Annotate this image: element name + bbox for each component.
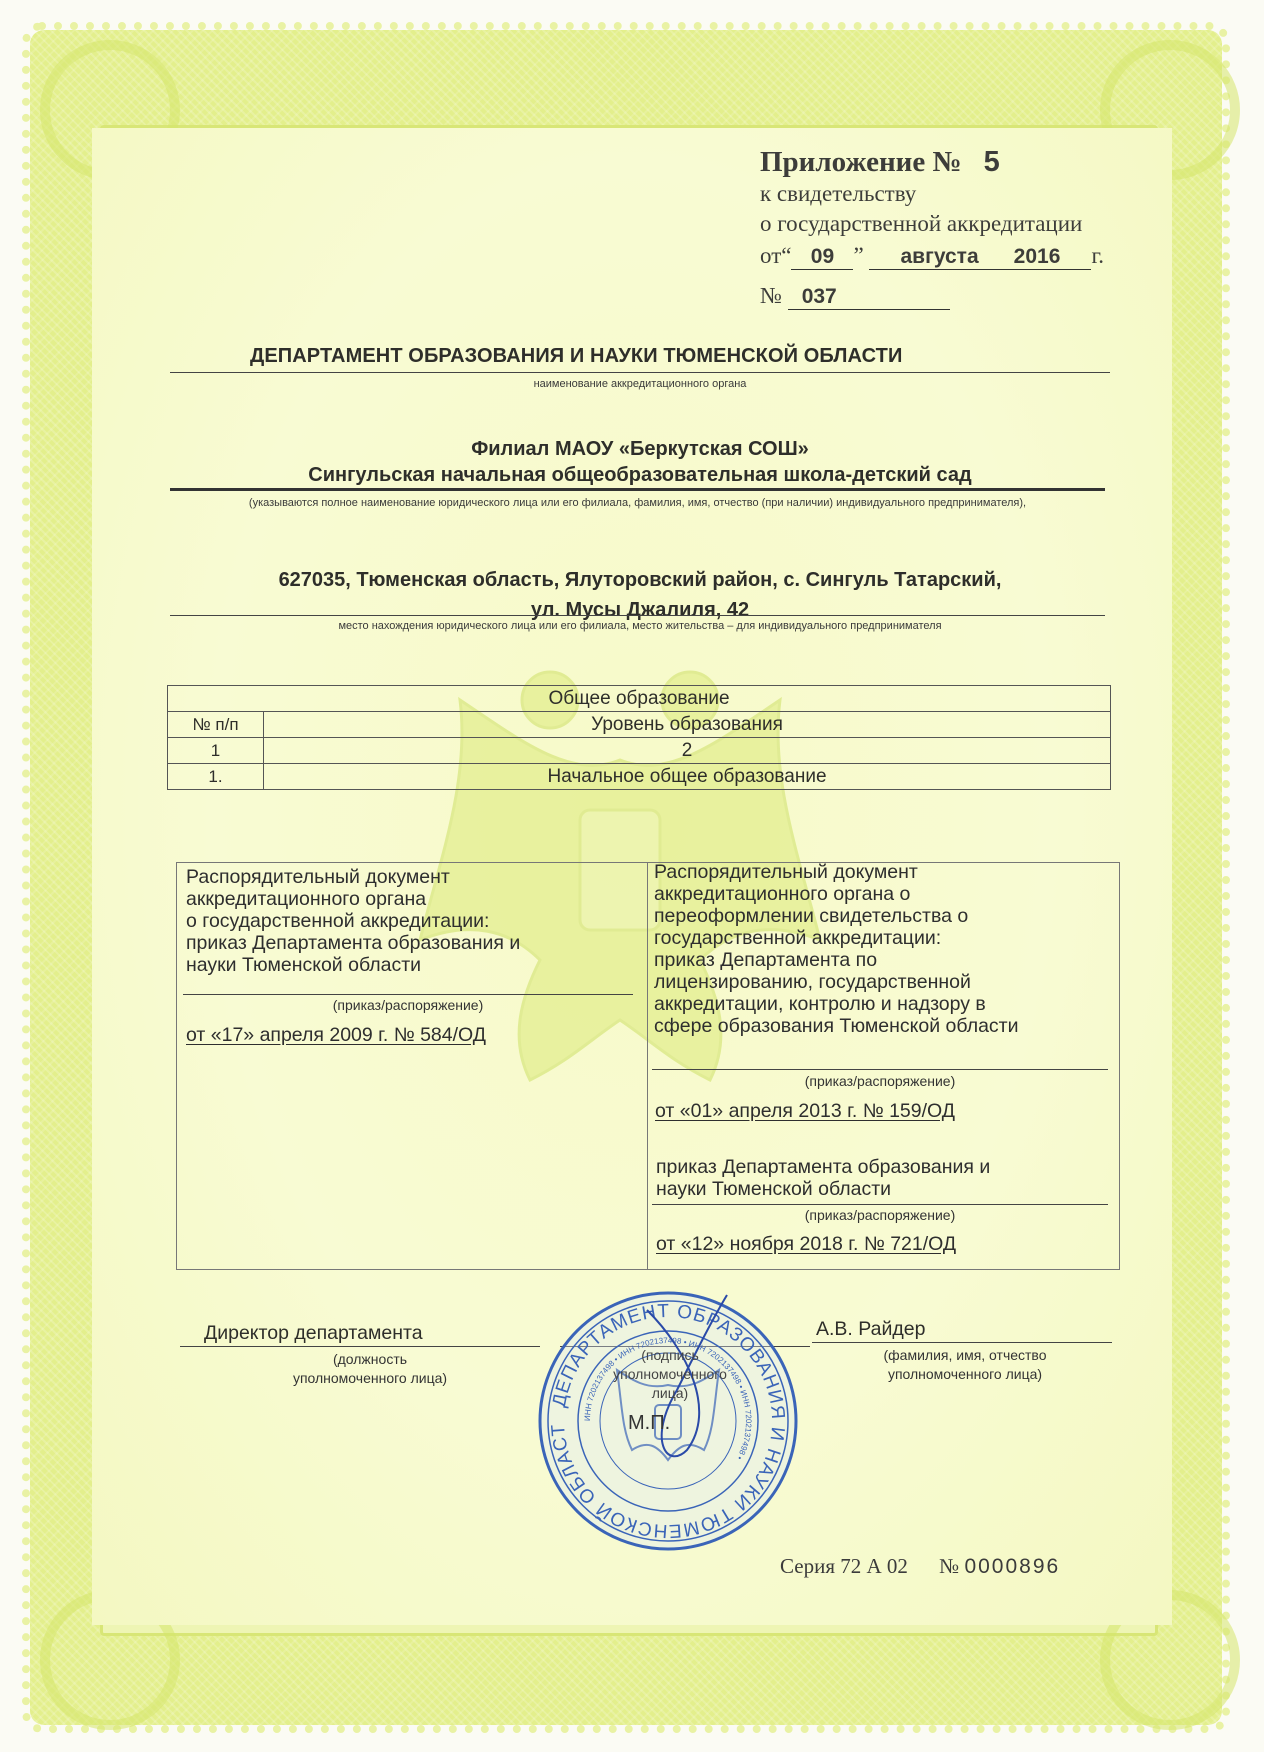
position-underline: [180, 1346, 540, 1347]
table-column-numbers-row: 1 2: [168, 738, 1111, 764]
left-doc-line: аккредитационного органа: [186, 888, 520, 910]
left-doc-caption: (приказ/распоряжение): [183, 997, 633, 1013]
left-doc-line: науки Тюменской области: [186, 954, 520, 976]
section-title: Общее образование: [168, 686, 1111, 712]
right-doc-line: приказ Департамента по: [654, 949, 1019, 971]
appendix-number: 5: [984, 146, 1000, 178]
date-suffix: г.: [1091, 243, 1104, 268]
table-row: 1. Начальное общее образование: [168, 764, 1111, 790]
column-number-1: 1: [168, 738, 264, 764]
address-caption: место нахождения юридического лица или е…: [160, 620, 1120, 632]
documents-divider: [647, 863, 648, 1269]
right-doc-line: государственной аккредитации:: [654, 927, 1019, 949]
blank-series: Серия 72 А 02 № 0000896: [780, 1554, 1060, 1579]
address-line1: 627035, Тюменская область, Ялуторовский …: [160, 565, 1120, 595]
right-document-text: Распорядительный документ аккредитационн…: [654, 861, 1019, 1037]
cert-no-value: 037: [788, 285, 950, 310]
right-doc2-caption: (приказ/распоряжение): [652, 1207, 1108, 1223]
signature-caption: (подпись уполномоченного лица): [600, 1346, 740, 1403]
caption-line: (фамилия, имя, отчество: [840, 1346, 1090, 1365]
seal-place-label: М.П.: [628, 1412, 670, 1435]
right-doc-line: переоформлении свидетельства о: [654, 905, 1019, 927]
appendix-date: от“09” августа 2016г.: [760, 243, 1104, 270]
caption-line: уполномоченного лица): [600, 1365, 740, 1403]
date-month-year: августа 2016: [869, 245, 1091, 270]
left-document-text: Распорядительный документ аккредитационн…: [186, 866, 520, 976]
appendix-title-text: Приложение №: [760, 146, 962, 178]
column-number-2: 2: [264, 738, 1111, 764]
right-doc-line: Распорядительный документ: [654, 861, 1019, 883]
name-caption: (фамилия, имя, отчество уполномоченного …: [840, 1346, 1090, 1384]
blank-number: 0000896: [964, 1555, 1060, 1578]
series-label: Серия 72 А 02: [780, 1554, 908, 1578]
position-caption: (должность уполномоченного лица): [220, 1350, 520, 1388]
date-year: 2016: [1014, 245, 1061, 268]
organization-line2: Сингульская начальная общеобразовательна…: [160, 464, 1120, 487]
address-underline: [170, 615, 1105, 616]
organization-line1: Филиал МАОУ «Беркутская СОШ»: [160, 438, 1120, 461]
appendix-cert-number: № 037: [760, 283, 950, 310]
authority-caption: наименование аккредитационного органа: [160, 378, 1120, 390]
right-doc-line: лицензированию, государственной: [654, 971, 1019, 993]
education-levels-table: Общее образование № п/п Уровень образова…: [167, 685, 1111, 790]
name-underline: [812, 1342, 1112, 1343]
authority-name: ДЕПАРТАМЕНТ ОБРАЗОВАНИЯ И НАУКИ ТЮМЕНСКО…: [250, 345, 1110, 368]
table-header-row: № п/п Уровень образования: [168, 712, 1111, 738]
caption-line: уполномоченного лица): [840, 1365, 1090, 1384]
appendix-line2: о государственной аккредитации: [760, 211, 1082, 237]
left-doc-line: приказ Департамента образования и: [186, 932, 520, 954]
right-document-text-2: приказ Департамента образования и науки …: [656, 1156, 990, 1200]
right-doc-line: сфере образования Тюменской области: [654, 1015, 1019, 1037]
blank-number-label: №: [939, 1554, 959, 1578]
date-month: августа: [901, 245, 979, 268]
date-prefix: от: [760, 243, 781, 268]
left-doc-order: от «17» апреля 2009 г. № 584/ОД: [186, 1024, 486, 1046]
left-doc-line: Распорядительный документ: [186, 866, 520, 888]
caption-line: (подпись: [600, 1346, 740, 1365]
left-doc-underline: [183, 994, 633, 995]
authority-underline: [170, 372, 1110, 373]
date-day: 09: [791, 245, 853, 270]
table-section-row: Общее образование: [168, 686, 1111, 712]
header-number: № п/п: [168, 712, 264, 738]
organization-underline: [170, 488, 1105, 491]
right-doc-caption: (приказ/распоряжение): [652, 1073, 1108, 1089]
caption-line: уполномоченного лица): [220, 1369, 520, 1388]
appendix-title: Приложение №5: [760, 146, 1000, 179]
right-doc2-line: приказ Департамента образования и: [656, 1156, 990, 1178]
right-doc2-line: науки Тюменской области: [656, 1178, 990, 1200]
address: 627035, Тюменская область, Ялуторовский …: [160, 565, 1120, 625]
organization-caption: (указываются полное наименование юридиче…: [170, 496, 1105, 510]
right-doc-line: аккредитационного органа о: [654, 883, 1019, 905]
right-doc-order: от «01» апреля 2013 г. № 159/ОД: [655, 1100, 955, 1122]
header-level: Уровень образования: [264, 712, 1111, 738]
right-doc2-order: от «12» ноября 2018 г. № 721/ОД: [656, 1233, 956, 1255]
caption-line: (должность: [220, 1350, 520, 1369]
right-doc-underline: [652, 1069, 1108, 1070]
row-number: 1.: [168, 764, 264, 790]
row-level: Начальное общее образование: [264, 764, 1111, 790]
cert-no-label: №: [760, 283, 782, 308]
right-doc2-underline: [652, 1204, 1108, 1205]
left-doc-line: о государственной аккредитации:: [186, 910, 520, 932]
signatory-position: Директор департамента: [204, 1322, 423, 1345]
signatory-name: А.В. Райдер: [816, 1318, 925, 1341]
appendix-line1: к свидетельству: [760, 181, 916, 207]
right-doc-line: аккредитации, контролю и надзору в: [654, 993, 1019, 1015]
